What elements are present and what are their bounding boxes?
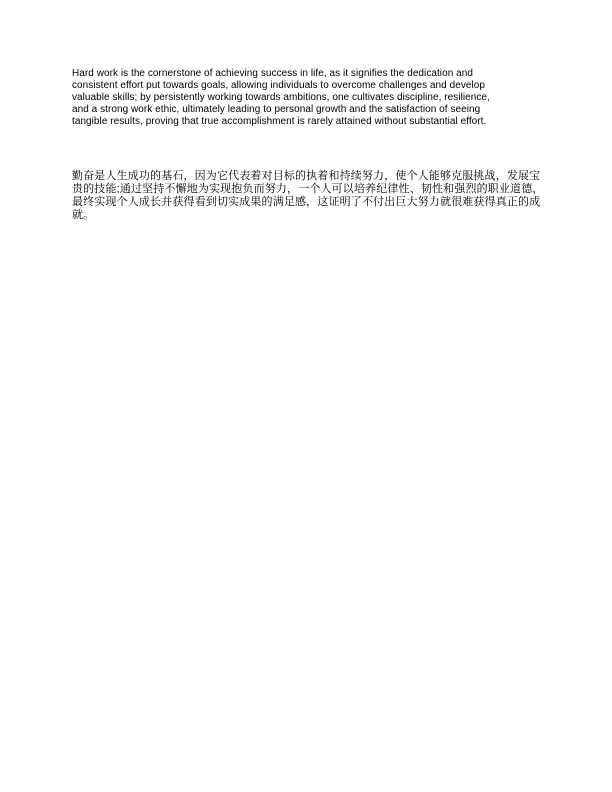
text-line: consistent effort put towards goals, all… (72, 80, 556, 92)
text-line: 勤奋是人生成功的基石，因为它代表着对目标的执着和持续努力，使个人能够克服挑战，发… (72, 170, 558, 183)
text-line: 最终实现个人成长并获得看到切实成果的满足感，这证明了不付出巨大努力就很难获得真正… (72, 196, 558, 209)
text-line: tangible results, proving that true acco… (72, 116, 556, 128)
text-line: Hard work is the cornerstone of achievin… (72, 68, 556, 80)
chinese-paragraph: 勤奋是人生成功的基石，因为它代表着对目标的执着和持续努力，使个人能够克服挑战，发… (72, 170, 558, 222)
english-paragraph: Hard work is the cornerstone of achievin… (72, 68, 556, 128)
document-page: Hard work is the cornerstone of achievin… (0, 0, 612, 792)
text-line: and a strong work ethic, ultimately lead… (72, 104, 556, 116)
text-line: valuable skills; by persistently working… (72, 92, 556, 104)
text-line: 就。 (72, 209, 558, 222)
text-line: 贵的技能;通过坚持不懈地为实现抱负而努力，一个人可以培养纪律性、韧性和强烈的职业… (72, 183, 558, 196)
